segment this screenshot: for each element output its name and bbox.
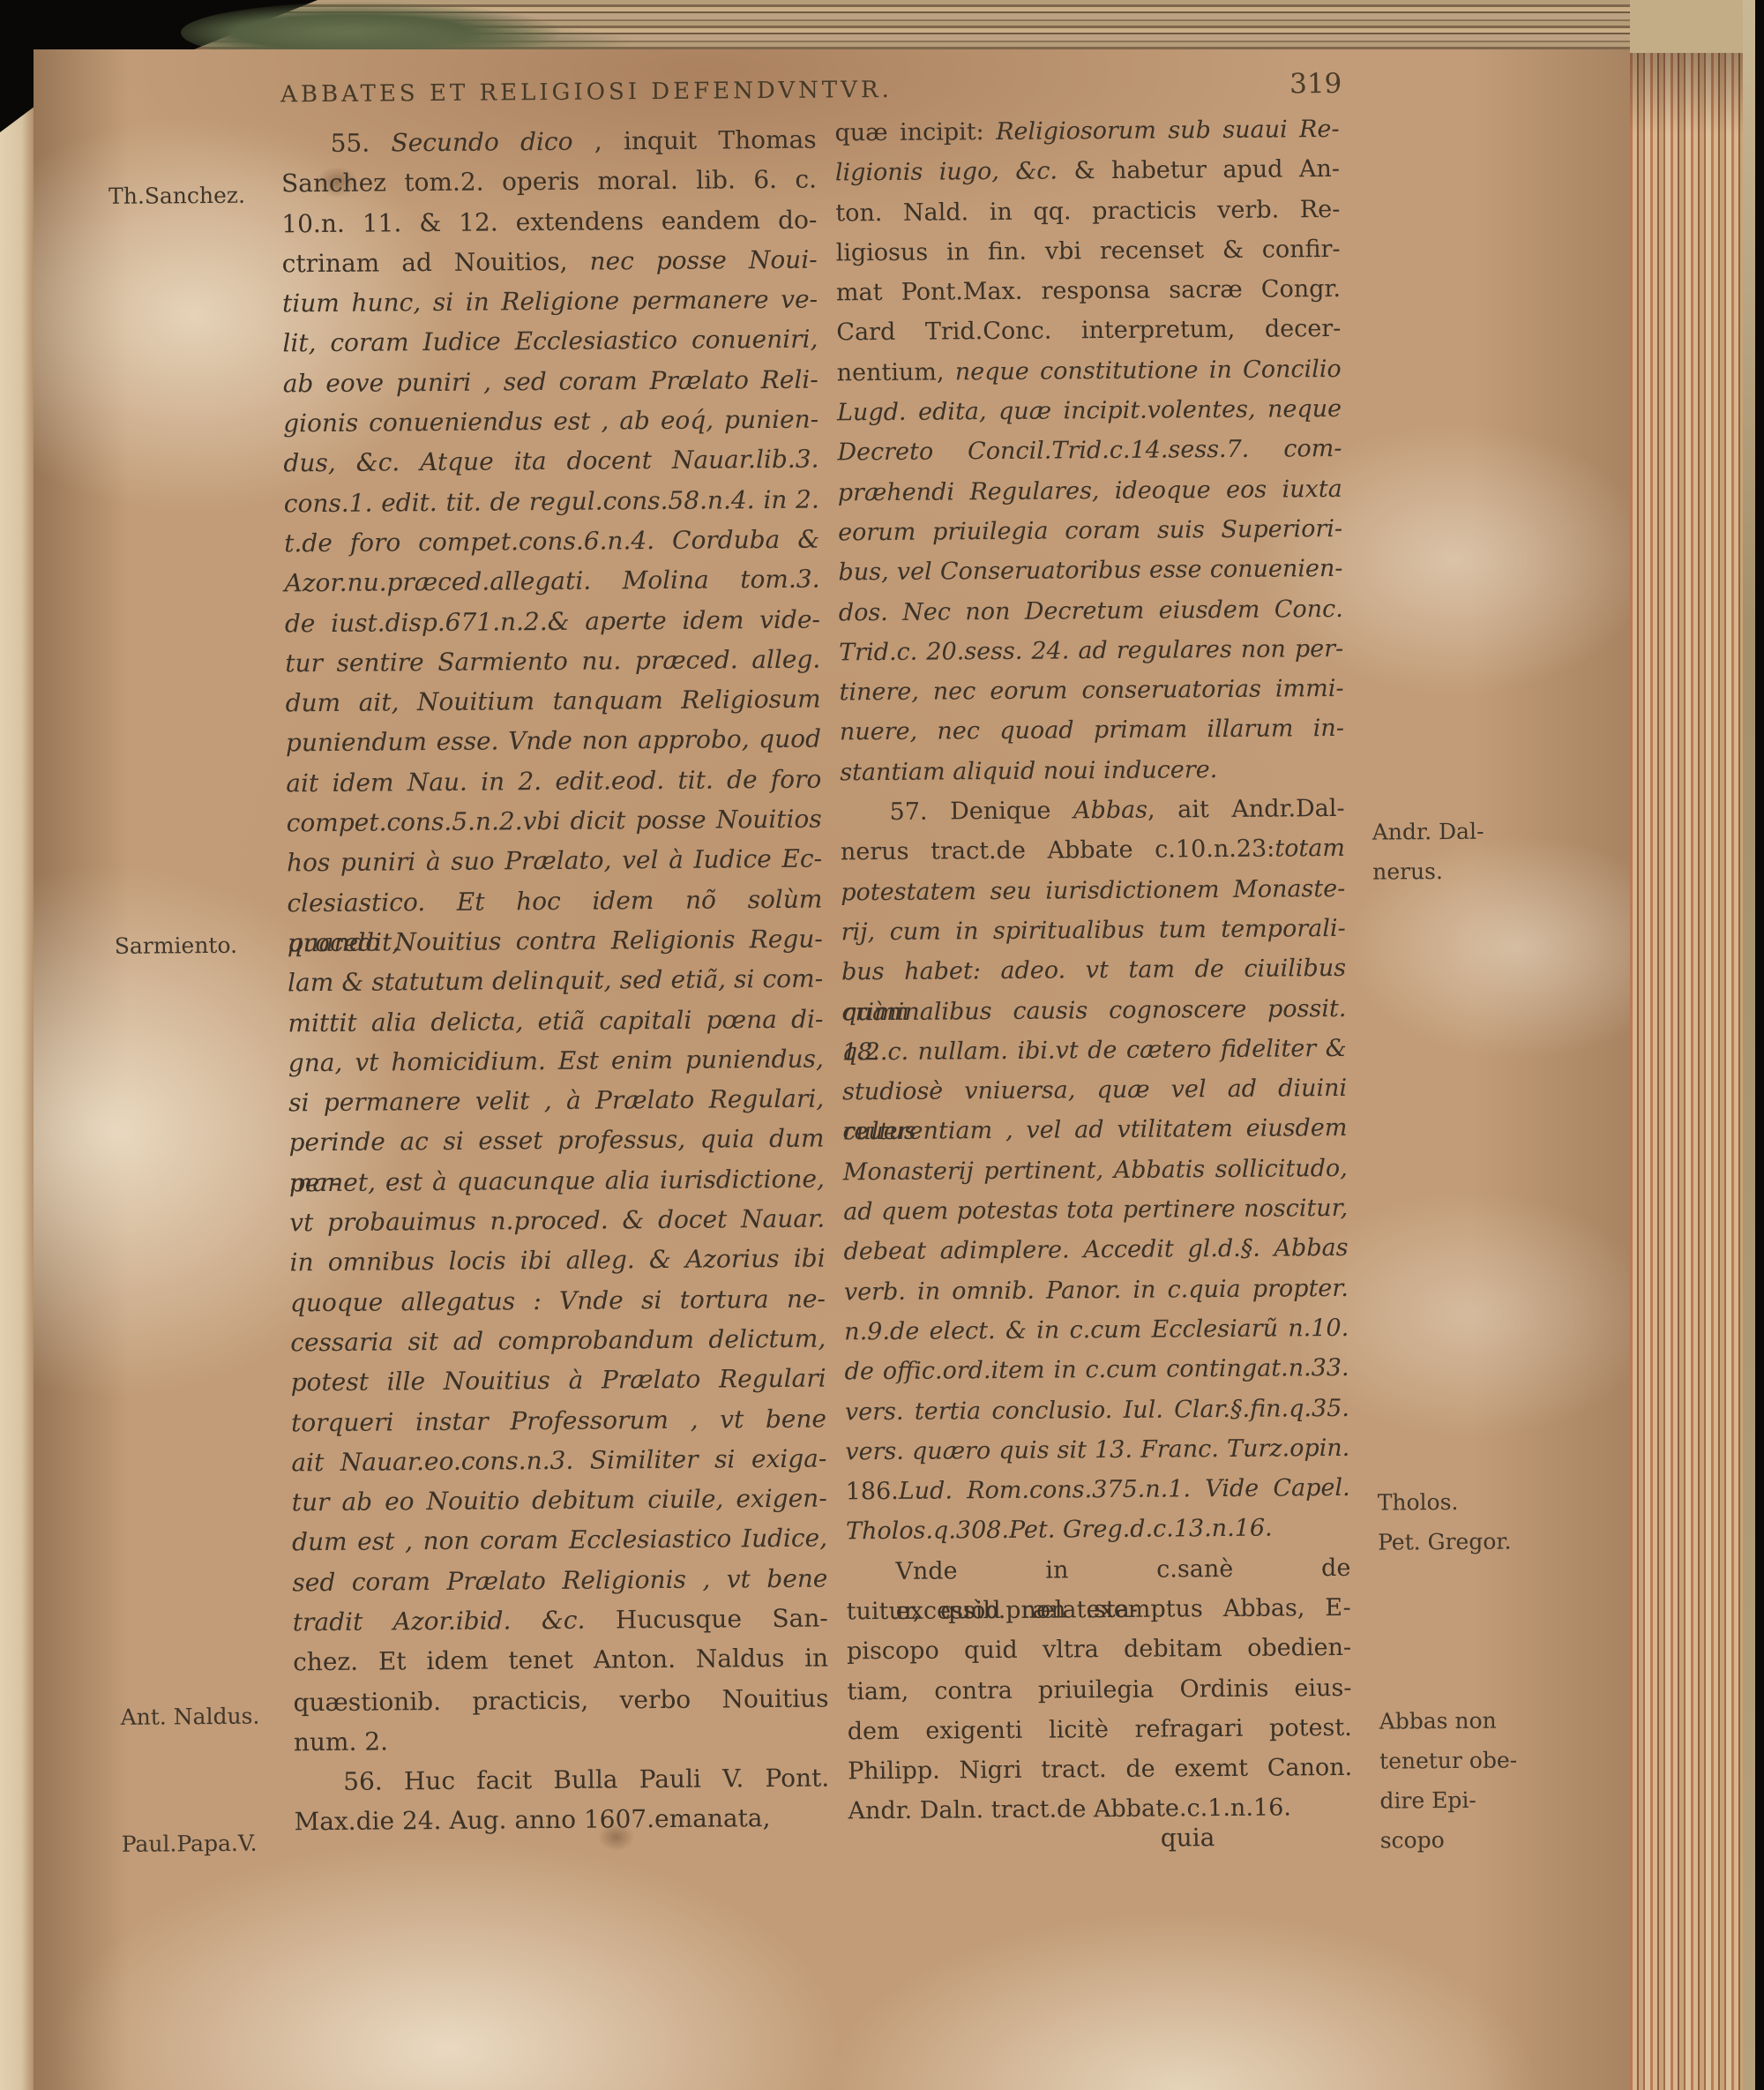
roman-text-run: tuitur, quòd non exemptus Abbas, E-: [847, 1594, 1351, 1625]
text-line: 56. Huc facit Bulla Pauli V. Pont.: [294, 1758, 829, 1802]
roman-text-run: Hucusque San-: [585, 1604, 828, 1635]
margin-note-line: Tholos.: [1378, 1481, 1512, 1522]
margin-note: Andr. Dal-nerus.: [1372, 812, 1484, 892]
italic-text-run: Trid.c. 20.sess. 24. ad regulares non pe…: [839, 635, 1343, 666]
italic-text-run: nec posse Noui-: [589, 244, 817, 275]
text-line: Azor.nu.præced.allegati. Molina tom.3.: [284, 559, 819, 603]
text-line: compet.cons.5.n.2.vbi dicit posse Nouiti…: [287, 799, 822, 843]
text-line: tuitur, quòd non exemptus Abbas, E-: [847, 1588, 1351, 1632]
roman-text-run: Max.die 24. Aug. anno 1607.emanata,: [294, 1804, 770, 1837]
italic-text-run: ait idem Nau. in 2. edit.eod. tit. de fo…: [286, 764, 821, 798]
italic-text-run: præhendi Regulares, ideoque eos iuxta: [838, 476, 1342, 506]
text-line: quæstionib. practicis, verbo Nouitius: [293, 1678, 828, 1722]
text-line: quæ incipit: Religiosorum sub suaui Re-: [834, 109, 1339, 154]
margin-note-line: Pet. Gregor.: [1378, 1521, 1512, 1562]
italic-text-run: si permanere velit , à Prælato Regulari,: [288, 1084, 824, 1118]
text-line: tur ab eo Nouitio debitum ciuile, exigen…: [292, 1479, 827, 1523]
text-line: eorum priuilegia coram suis Superiori-: [838, 509, 1342, 553]
text-line: criminalibus causis cognoscere possit. 1…: [841, 988, 1346, 1032]
text-line: hos puniri à suo Prælato, vel à Iudice E…: [287, 839, 822, 883]
text-line: in omnibus locis ibi alleg. & Azorius ib…: [289, 1239, 825, 1283]
text-line: piscopo quid vltra debitam obedien-: [847, 1628, 1351, 1672]
text-line: tinere, nec eorum conseruatorias immi-: [839, 669, 1343, 713]
roman-text-run: 55.: [331, 128, 392, 158]
margin-note-line: Abbas non: [1379, 1700, 1517, 1741]
text-line: bus habet: adeo. vt tam de ciuilibus quà…: [841, 948, 1346, 993]
text-line: chez. Et idem tenet Anton. Naldus in: [293, 1638, 828, 1682]
roman-text-run: 186.: [846, 1478, 899, 1505]
page-number: 319: [1289, 68, 1342, 100]
text-line: stantiam aliquid noui inducere.: [840, 749, 1344, 793]
text-line: tiam, contra priuilegia Ordinis eius-: [847, 1667, 1351, 1712]
text-line: ligiosus in fin. vbi recenset & confir-: [835, 229, 1340, 273]
roman-text-run: ligiosus in fin. vbi recenset & confir-: [836, 236, 1341, 266]
italic-text-run: gionis conueniendus est , ab eoq́, punie…: [283, 405, 818, 438]
italic-text-run: tium hunc, si in Religione permanere ve-: [282, 285, 818, 318]
roman-text-run: tiam, contra priuilegia Ordinis eius-: [847, 1674, 1351, 1704]
text-line: debeat adimplere. Accedit gl.d.§. Abbas: [843, 1228, 1348, 1272]
text-line: gna, vt homicidium. Est enim puniendus,: [288, 1038, 824, 1082]
italic-text-run: mittit alia delicta, etiã capitali pœna …: [288, 1004, 823, 1038]
text-line: ligionis iugo, &c. & habetur apud An-: [835, 149, 1340, 193]
text-line: Sanchez tom.2. operis moral. lib. 6. c.: [281, 160, 817, 204]
italic-text-run: gna, vt homicidium. Est enim puniendus,: [288, 1044, 824, 1077]
italic-text-run: vers. quæro quis sit 13. Franc. Turz.opi…: [845, 1435, 1349, 1465]
text-line: gionis conueniendus est , ab eoq́, punie…: [283, 400, 818, 444]
italic-text-run: potestatem seu iurisdictionem Monaste-: [841, 875, 1345, 906]
text-line: 186.Lud. Rom.cons.375.n.1. Vide Capel.: [845, 1468, 1349, 1512]
italic-text-run: n.9.de elect. & in c.cum Ecclesiarũ n.10…: [844, 1315, 1349, 1345]
text-line: Card Trid.Conc. interpretum, decer-: [836, 309, 1341, 353]
italic-text-run: q.2.c. nullam. ibi.vt de cætero fidelite…: [842, 1035, 1347, 1066]
text-line: bus, vel Conseruatoribus esse conuenien-: [838, 549, 1342, 593]
margin-note: Paul.Papa.V.: [122, 1824, 258, 1864]
text-line: torqueri instar Professorum , vt bene: [291, 1398, 826, 1442]
roman-text-run: num. 2.: [294, 1727, 388, 1757]
italic-text-run: quoque allegatus : Vnde si tortura ne-: [290, 1284, 826, 1317]
italic-text-run: tradit Azor.ibid. &c.: [293, 1606, 586, 1637]
printed-page-content: ABBATES ET RELIGIOSI DEFENDVNTVR. 319 Th…: [0, 0, 1764, 2090]
italic-text-run: sed coram Prælato Religionis , vt bene: [292, 1563, 827, 1597]
margin-note-line: tenetur obe-: [1379, 1740, 1517, 1780]
italic-text-run: reuerentiam , vel ad vtilitatem eiusdem: [842, 1114, 1347, 1145]
text-line: ab eove puniri , sed coram Prælato Reli-: [283, 359, 818, 403]
italic-text-run: ab eove puniri , sed coram Prælato Reli-: [283, 364, 818, 398]
italic-text-run: ait Nauar.eo.cons.n.3. Similiter si exig…: [291, 1443, 826, 1477]
roman-text-run: , inquit Thomas: [572, 125, 816, 156]
roman-text-run: Card Trid.Conc. interpretum, decer-: [836, 315, 1341, 346]
text-line: reuerentiam , vel ad vtilitatem eiusdem: [842, 1108, 1347, 1152]
text-column-right: quæ incipit: Religiosorum sub suaui Re-l…: [834, 109, 1352, 1832]
text-line: Max.die 24. Aug. anno 1607.emanata,: [294, 1798, 829, 1842]
running-head: ABBATES ET RELIGIOSI DEFENDVNTVR.: [280, 78, 816, 109]
italic-text-run: quando Nouitius contra Religionis Regu-: [288, 925, 823, 958]
text-line: de iust.disp.671.n.2.& aperte idem vide-: [285, 599, 820, 643]
text-line: cessaria sit ad comprobandum delictum,: [290, 1318, 826, 1362]
text-line: ton. Nald. in qq. practicis verb. Re-: [835, 190, 1340, 234]
text-line: mat Pont.Max. responsa sacræ Congr.: [836, 269, 1341, 313]
italic-text-run: lit, coram Iudice Ecclesiastico conuenir…: [282, 325, 818, 358]
italic-text-run: tur ab eo Nouitio debitum ciuile, exigen…: [292, 1484, 827, 1517]
italic-text-run: Secundo dico: [391, 127, 572, 158]
italic-text-run: dos. Nec non Decretum eiusdem Conc.: [839, 595, 1343, 626]
italic-text-run: torqueri instar Professorum , vt bene: [291, 1404, 826, 1437]
italic-text-run: dus, &c. Atque ita docent Nauar.lib.3.: [283, 445, 818, 478]
roman-text-run: nerus tract.de Abbate c.10.n.23:: [841, 835, 1275, 866]
italic-text-run: Decreto Concil.Trid.c.14.sess.7. com-: [837, 435, 1342, 466]
italic-text-run: debeat adimplere. Accedit gl.d.§. Abbas: [843, 1234, 1348, 1265]
margin-note: Tholos.Pet. Gregor.: [1378, 1481, 1512, 1562]
text-line: dus, &c. Atque ita docent Nauar.lib.3.: [283, 439, 818, 483]
italic-text-run: hos puniri à suo Prælato, vel à Iudice E…: [287, 844, 822, 878]
text-line: cons.1. edit. tit. de regul.cons.58.n.4.…: [284, 479, 819, 523]
margin-note-line: nerus.: [1372, 851, 1484, 892]
text-line: lit, coram Iudice Ecclesiastico conuenir…: [282, 319, 818, 363]
text-line: 57. Denique Abbas, ait Andr.Dal-: [840, 789, 1344, 833]
margin-note-line: dire Epi-: [1379, 1779, 1517, 1820]
text-line: t.de foro compet.cons.6.n.4. Corduba &: [284, 520, 819, 564]
text-line: ad quem potestas tota pertinere noscitur…: [843, 1188, 1348, 1232]
text-line: num. 2.: [294, 1718, 829, 1762]
text-line: q.2.c. nullam. ibi.vt de cætero fidelite…: [842, 1029, 1347, 1073]
italic-text-run: nuere, nec quoad primam illarum in-: [840, 715, 1344, 745]
margin-note: Sarmiento.: [115, 925, 238, 966]
text-line: quando Nouitius contra Religionis Regu-: [288, 919, 823, 963]
text-line: Philipp. Nigri tract. de exemt Canon.: [848, 1748, 1352, 1792]
italic-text-run: Lud. Rom.cons.375.n.1. Vide Capel.: [899, 1474, 1350, 1505]
italic-text-run: cessaria sit ad comprobandum delictum,: [290, 1323, 826, 1357]
margin-note: Abbas nontenetur obe-dire Epi-scopo: [1379, 1700, 1519, 1860]
text-line: nentium, neque constitutione in Concilio: [837, 349, 1342, 393]
italic-text-run: stantiam aliquid noui inducere.: [840, 756, 1217, 786]
italic-text-run: Lugd. edita, quæ incipit.volentes, neque: [837, 395, 1342, 426]
text-line: dum est , non coram Ecclesiastico Iudice…: [292, 1518, 827, 1562]
text-line: vers. quæro quis sit 13. Franc. Turz.opi…: [845, 1428, 1349, 1472]
roman-text-run: 56. Huc facit Bulla Pauli V. Pont.: [343, 1764, 829, 1796]
text-line: lam & statutum delinquit, sed etiã, si c…: [288, 959, 823, 1003]
text-line: rij, cum in spiritualibus tum temporali-: [841, 909, 1346, 953]
text-line: Tholos.q.308.Pet. Greg.d.c.13.n.16.: [846, 1508, 1350, 1552]
text-line: potest ille Nouitius à Prælato Regulari: [290, 1359, 826, 1403]
text-line: tradit Azor.ibid. &c. Hucusque San-: [293, 1599, 828, 1643]
text-column-left: 55. Secundo dico , inquit ThomasSanchez …: [280, 120, 829, 1842]
text-line: manet, est à quacunque alia iurisdiction…: [289, 1158, 825, 1202]
text-line: potestatem seu iurisdictionem Monaste-: [841, 869, 1345, 913]
text-line: ait idem Nau. in 2. edit.eod. tit. de fo…: [286, 759, 821, 803]
italic-text-run: ad quem potestas tota pertinere noscitur…: [843, 1195, 1348, 1225]
italic-text-run: totam: [1274, 835, 1345, 863]
italic-text-run: Azor.nu.præced.allegati. Molina tom.3.: [284, 565, 819, 598]
text-line: ait Nauar.eo.cons.n.3. Similiter si exig…: [291, 1438, 826, 1482]
text-line: Lugd. edita, quæ incipit.volentes, neque: [837, 389, 1342, 433]
text-line: Decreto Concil.Trid.c.14.sess.7. com-: [837, 429, 1342, 473]
italic-text-run: eorum priuilegia coram suis Superiori-: [838, 515, 1342, 546]
roman-text-run: Philipp. Nigri tract. de exemt Canon.: [848, 1754, 1352, 1785]
italic-text-run: lam & statutum delinquit, sed etiã, si c…: [288, 964, 823, 998]
italic-text-run: puniendum esse. Vnde non approbo, quod: [286, 724, 821, 758]
text-line: tur sentire Sarmiento nu. præced. alleg.: [285, 639, 820, 683]
italic-text-run: verb. in omnib. Panor. in c.quia propter…: [844, 1275, 1349, 1306]
italic-text-run: ligionis iugo, &c.: [835, 158, 1058, 187]
roman-text-run: & habetur apud An-: [1058, 155, 1340, 185]
text-line: nerus tract.de Abbate c.10.n.23:totam: [841, 828, 1345, 873]
italic-text-run: Abbas: [1073, 797, 1147, 825]
text-line: 10.n. 11. & 12. extendens eandem do-: [281, 199, 817, 243]
italic-text-run: potest ille Nouitius à Prælato Regulari: [291, 1364, 826, 1397]
italic-text-run: dum est , non coram Ecclesiastico Iudice…: [292, 1524, 827, 1557]
roman-text-run: dem exigenti licitè refragari potest.: [848, 1714, 1352, 1745]
text-line: Trid.c. 20.sess. 24. ad regulares non pe…: [839, 629, 1343, 673]
text-line: mittit alia delicta, etiã capitali pœna …: [288, 999, 823, 1043]
roman-text-run: mat Pont.Max. responsa sacræ Congr.: [836, 275, 1341, 306]
text-line: puniendum esse. Vnde non approbo, quod: [286, 719, 821, 763]
roman-text-run: quæ incipit:: [834, 118, 996, 146]
italic-text-run: manet, est à quacunque alia iurisdiction…: [289, 1164, 825, 1197]
text-line: dem exigenti licitè refragari potest.: [848, 1708, 1352, 1752]
italic-text-run: t.de foro compet.cons.6.n.4. Corduba &: [284, 525, 819, 558]
roman-text-run: 10.n. 11. & 12. extendens eandem do-: [281, 205, 817, 238]
text-line: si permanere velit , à Prælato Regulari,: [288, 1079, 824, 1123]
text-line: Monasterij pertinent, Abbatis sollicitud…: [843, 1149, 1348, 1193]
italic-text-run: neque constitutione in Concilio: [955, 356, 1342, 386]
roman-text-run: Sanchez tom.2. operis moral. lib. 6. c.: [281, 165, 817, 199]
italic-text-run: compet.cons.5.n.2.vbi dicit posse Nouiti…: [287, 805, 822, 838]
text-line: verb. in omnib. Panor. in c.quia propter…: [844, 1269, 1349, 1313]
margin-note-line: Andr. Dal-: [1372, 812, 1484, 852]
text-line: Vnde in c.sanè de excessib.prælat.sta-: [846, 1548, 1350, 1592]
italic-text-run: tinere, nec eorum conseruatorias immi-: [839, 675, 1343, 706]
text-line: 55. Secundo dico , inquit Thomas: [280, 120, 816, 164]
text-line: dos. Nec non Decretum eiusdem Conc.: [839, 588, 1343, 633]
text-line: tium hunc, si in Religione permanere ve-: [282, 280, 818, 324]
italic-text-run: Religiosorum sub suaui Re-: [996, 116, 1340, 146]
roman-text-run: , ait Andr.Dal-: [1147, 795, 1345, 824]
italic-text-run: bus, vel Conseruatoribus esse conuenien-: [838, 555, 1342, 586]
text-line: dum ait, Nouitium tanquam Religiosum: [285, 679, 820, 723]
text-line: Andr. Daln. tract.de Abbate.c.1.n.16.: [848, 1787, 1352, 1832]
margin-note-line: scopo: [1380, 1819, 1518, 1860]
catchword: quia: [1161, 1823, 1215, 1852]
text-line: ctrinam ad Nouitios, nec posse Noui-: [282, 239, 818, 283]
roman-text-run: ton. Nald. in qq. practicis verb. Re-: [835, 196, 1340, 227]
italic-text-run: de iust.disp.671.n.2.& aperte idem vide-: [285, 604, 820, 638]
italic-text-run: de offic.ord.item in c.cum contingat.n.3…: [844, 1354, 1349, 1385]
roman-text-run: Andr. Daln. tract.de Abbate.c.1.n.16.: [848, 1794, 1291, 1825]
margin-note: Ant. Naldus.: [120, 1697, 259, 1737]
text-line: studiosè vniuersa, quæ vel ad diuini cul…: [842, 1068, 1347, 1112]
text-line: perinde ac si esset professus, quia dum …: [288, 1119, 824, 1163]
text-line: n.9.de elect. & in c.cum Ecclesiarũ n.10…: [844, 1308, 1349, 1352]
italic-text-run: vt probauimus n.proced. & docet Nauar.: [289, 1204, 825, 1238]
italic-text-run: vers. tertia conclusio. Iul. Clar.§.fin.…: [845, 1394, 1349, 1425]
roman-text-run: chez. Et idem tenet Anton. Naldus in: [293, 1644, 828, 1677]
italic-text-run: Tholos.q.308.Pet. Greg.d.c.13.n.16.: [846, 1515, 1273, 1546]
text-line: præhendi Regulares, ideoque eos iuxta: [838, 469, 1342, 513]
italic-text-run: Monasterij pertinent, Abbatis sollicitud…: [843, 1155, 1348, 1186]
roman-text-run: nentium,: [837, 358, 955, 386]
text-line: quoque allegatus : Vnde si tortura ne-: [290, 1278, 826, 1322]
italic-text-run: dum ait, Nouitium tanquam Religiosum: [285, 685, 820, 718]
italic-text-run: rij, cum in spiritualibus tum temporali-: [841, 915, 1346, 946]
text-line: clesiastico. Et hoc idem nõ solùm proced…: [287, 879, 822, 923]
roman-text-run: ctrinam ad Nouitios,: [282, 247, 590, 279]
italic-text-run: tur sentire Sarmiento nu. præced. alleg.: [285, 644, 820, 678]
margin-note: Th.Sanchez.: [108, 176, 245, 216]
text-line: sed coram Prælato Religionis , vt bene: [292, 1558, 827, 1602]
italic-text-run: in omnibus locis ibi alleg. & Azorius ib…: [289, 1244, 825, 1277]
text-line: de offic.ord.item in c.cum contingat.n.3…: [844, 1348, 1349, 1392]
roman-text-run: 57. Denique: [889, 797, 1073, 826]
text-line: nuere, nec quoad primam illarum in-: [840, 708, 1344, 753]
italic-text-run: cons.1. edit. tit. de regul.cons.58.n.4.…: [284, 484, 819, 518]
text-line: vt probauimus n.proced. & docet Nauar.: [289, 1199, 825, 1243]
roman-text-run: piscopo quid vltra debitam obedien-: [847, 1634, 1351, 1665]
text-line: vers. tertia conclusio. Iul. Clar.§.fin.…: [845, 1388, 1349, 1432]
roman-text-run: quæstionib. practicis, verbo Nouitius: [293, 1683, 828, 1717]
